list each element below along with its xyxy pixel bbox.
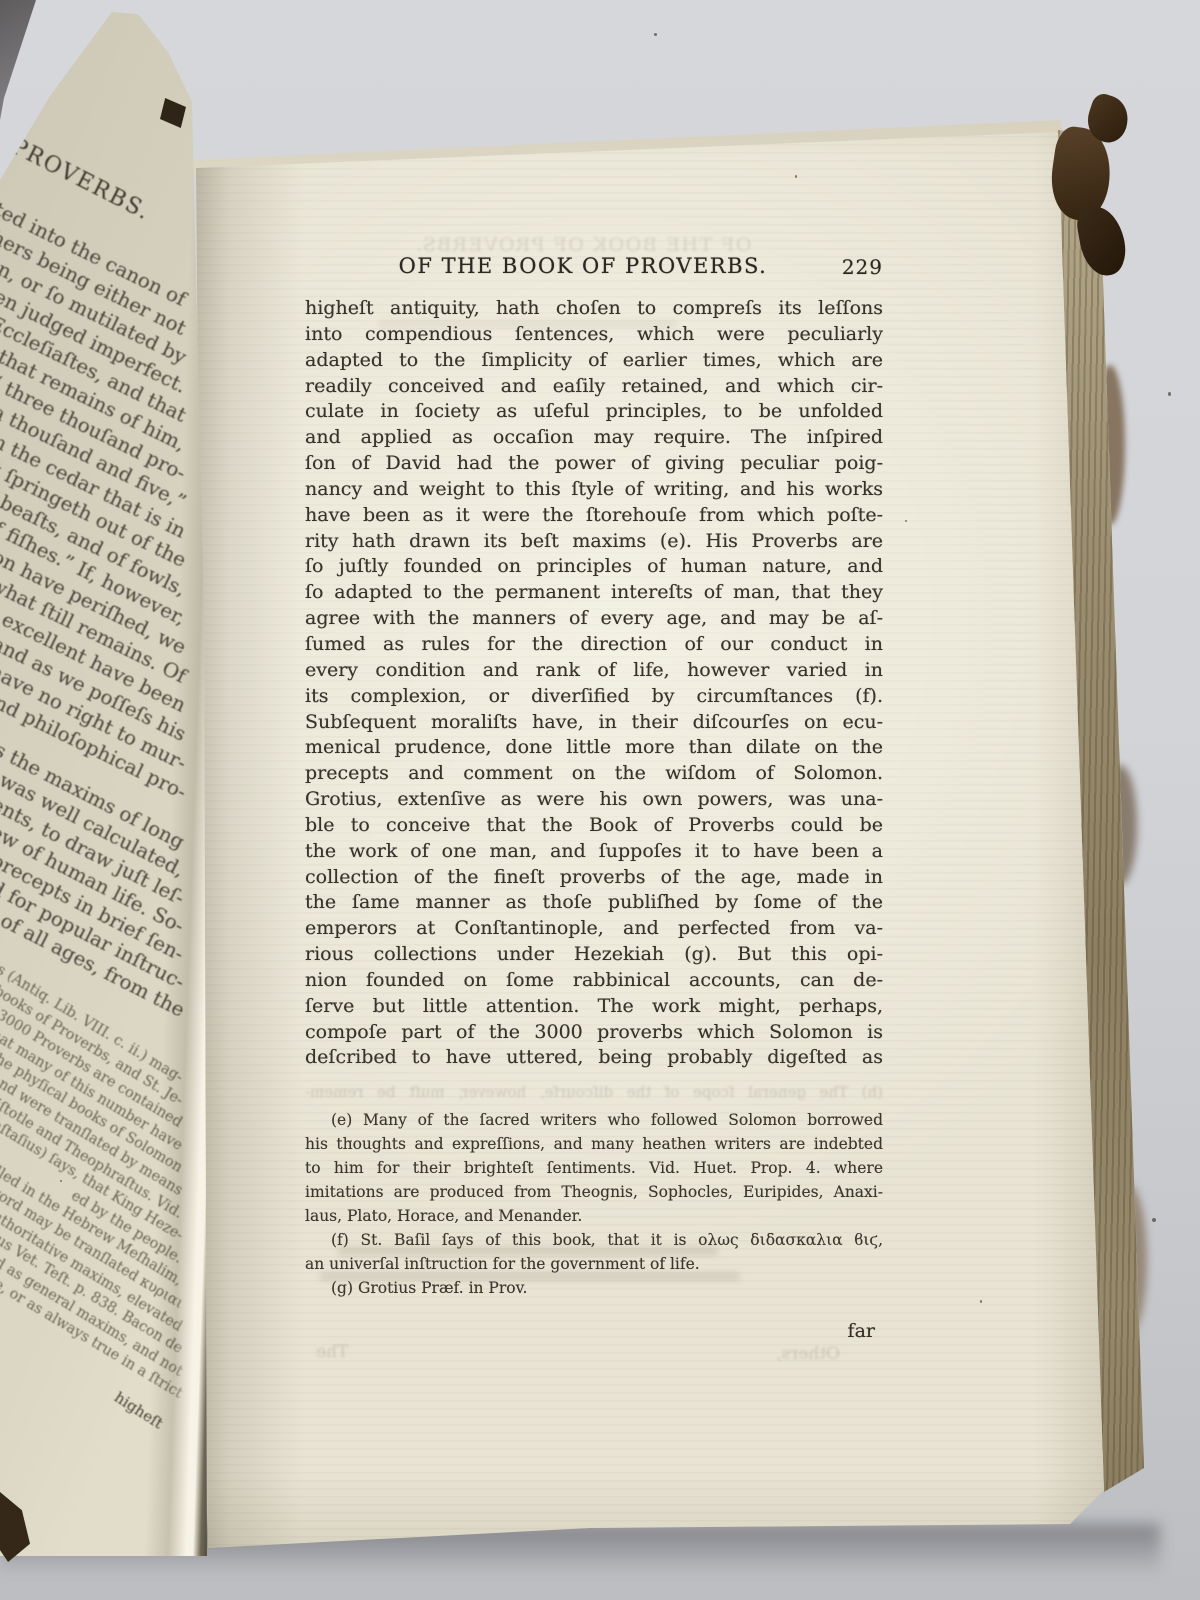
- left-body-line: are all that remains of him,: [0, 313, 190, 456]
- body-line: rity hath drawn its beſt maxims (e). His…: [305, 529, 883, 555]
- left-body-line: e admitted into the canon of: [0, 163, 190, 310]
- left-body-line: ical and philoſophical pro-: [0, 666, 190, 804]
- body-line: readily conceived and eaſily retained, a…: [305, 374, 883, 400]
- body-line: collection of the fineſt proverbs of the…: [305, 865, 883, 891]
- body-line: deſcribed to have uttered, being probabl…: [305, 1045, 883, 1071]
- left-body-line: truction, or ſo mutilated by: [0, 227, 190, 369]
- footnote-showthrough: (h) The general ſcope of the diſcourſe, …: [305, 1083, 883, 1101]
- body-line: and applied as occaſion may require. The…: [305, 425, 883, 451]
- footnote-line: his thoughts and expreſſions, and many h…: [305, 1132, 883, 1156]
- page-number: 229: [842, 255, 883, 279]
- left-footnote-line: phus (Antiq. Lib. VIII. c. ii.) mag-: [0, 947, 186, 1088]
- left-body-line: oken “ three thouſand pro-: [0, 345, 190, 485]
- left-body-line: ſſop that ſpringeth out of the: [0, 422, 190, 572]
- left-footnote-line: ooo books of Proverbs, and St. Je-: [0, 966, 186, 1110]
- left-footnote-line: theſe 3000 Proverbs are contained: [0, 985, 186, 1133]
- right-page: OF THE BOOK OF PROVERBS. OF THE BOOK OF …: [188, 88, 1118, 1562]
- book-photo: { "photo": { "backdrop_color": "#d2d4d8"…: [0, 0, 1200, 1600]
- left-body-line: e who was well calculated,: [0, 737, 188, 882]
- left-body-line: contains the maxims of long: [0, 703, 188, 854]
- showthrough-the: The: [316, 1342, 348, 1362]
- body-line: every condition and rank of life, howeve…: [305, 658, 883, 684]
- dust-speck: [905, 520, 907, 522]
- left-footnote-line: cable, or as always true in a ſtrict: [0, 1260, 186, 1404]
- left-page: K OF PROVERBS. e admitted into the canon…: [0, 0, 207, 1556]
- page-title: OF THE BOOK OF PROVERBS.: [305, 254, 861, 278]
- body-line: have been as it were the ſtorehouſe from…: [305, 503, 883, 529]
- left-body-line: view of human life. So-: [0, 811, 188, 938]
- left-body-line: ontrived for popular inſtruc-: [0, 842, 188, 993]
- left-body-line: the others being either not: [0, 199, 190, 340]
- body-line: nancy and weight to this ſtyle of writin…: [305, 477, 883, 503]
- left-body-line: nd of fiſhes.” If, however,: [0, 497, 190, 630]
- dust-speck: [1168, 392, 1171, 396]
- left-footnote-line: Anaſtaſius) ſays, that King Heze-: [0, 1106, 186, 1246]
- left-body-line: p his precepts in brief ſen-: [0, 822, 188, 965]
- left-footnote-line: he word may be tranſlated κυριαι: [0, 1170, 186, 1314]
- left-body-line: s, from the cedar that is in: [0, 403, 190, 543]
- dust-speck: [350, 1140, 352, 1142]
- dust-speck: [980, 1300, 982, 1303]
- body-line: ſumed as rules for the direction of our …: [305, 632, 883, 658]
- catchword: far: [305, 1320, 875, 1342]
- left-footnote-line: f Ariſtotle and Theophraſtus. Vid.: [0, 1081, 186, 1223]
- left-footnote-line: laius Vet. Teſt. p. 838. Bacon de: [0, 1223, 186, 1359]
- left-body-line: deed, of all ages, from the: [0, 880, 188, 1022]
- body-line: culate in ſociety as uſeful principles, …: [305, 399, 883, 425]
- body-line: menical prudence, done little more than …: [305, 735, 883, 761]
- body-line: Subſequent moraliſts have, in their diſc…: [305, 710, 883, 736]
- footnote-line: imitations are produced from Theognis, S…: [305, 1180, 883, 1204]
- left-footnote-line: admit that many of this number have: [0, 999, 186, 1156]
- left-body-line: at of Eccleſiaſtes, and that: [0, 288, 190, 427]
- body-line: higheſt antiquity, hath choſen to compre…: [305, 296, 883, 322]
- body-line: adapted to the ſimplicity of earlier tim…: [305, 348, 883, 374]
- dust-speck: [60, 1180, 62, 1182]
- body-line: ſon of David had the power of giving pec…: [305, 451, 883, 477]
- body-line: nion founded on ſome rabbinical accounts…: [305, 968, 883, 994]
- left-running-header: K OF PROVERBS.: [0, 100, 155, 226]
- footnote-line: to him for their brighteſt ſentiments. V…: [305, 1156, 883, 1180]
- ink-setoff-smear: [378, 320, 678, 328]
- showthrough-others: Others,: [776, 1344, 840, 1364]
- body-line: the ſame manner as thoſe publiſhed by ſo…: [305, 890, 883, 916]
- footnote-line: laus, Plato, Horace, and Menander.: [305, 1204, 883, 1228]
- left-body-line: dowments, to draw juſt leſ-: [0, 764, 188, 910]
- dust-speck: [654, 33, 657, 36]
- left-body-line: Solomon have periſhed, we: [0, 516, 190, 659]
- ink-setoff-smear: [320, 1272, 740, 1281]
- left-footnote-line: hat the phyſical books of Solomon: [0, 1033, 186, 1178]
- left-footnote-line: onſidered as general maxims, and not: [0, 1222, 186, 1381]
- left-footnote-line: der, and were tranſlated by means: [0, 1054, 186, 1201]
- left-body-line: for what ſtill remains. Of: [0, 556, 190, 688]
- body-line: compoſe part of the 3000 proverbs which …: [305, 1020, 883, 1046]
- body-line: the work of one man, and ſuppoſes it to …: [305, 839, 883, 865]
- left-footnote-line: ed by the people.: [68, 1187, 186, 1269]
- body-line: ſerve but little attention. The work mig…: [305, 994, 883, 1020]
- left-body-line: s were a thouſand and five,”: [0, 367, 190, 514]
- dust-speck: [795, 175, 797, 178]
- body-line: its complexion, or diverſified by circum…: [305, 684, 883, 710]
- running-header: OF THE BOOK OF PROVERBS. 229: [305, 254, 883, 284]
- body-text: higheſt antiquity, hath choſen to compre…: [305, 296, 883, 1071]
- left-footnote-line: are called in the Hebrew Meſhalim,: [0, 1140, 186, 1291]
- left-footnote-line: authoritative maxims, elevated: [0, 1203, 186, 1337]
- body-line: rious collections under Hezekiah (g). Bu…: [305, 942, 883, 968]
- left-body-line: ſo of beaſts, and of fowls,: [0, 467, 190, 601]
- dust-speck: [1152, 1218, 1156, 1222]
- body-line: Grotius, extenſive as were his own power…: [305, 787, 883, 813]
- left-body-line: ave been judged imperfect.: [0, 255, 190, 398]
- body-line: emperors at Conſtantinople, and perfecte…: [305, 916, 883, 942]
- footnote-line: (e) Many of the ſacred writers who follo…: [305, 1108, 883, 1132]
- left-catchword: higheſt: [110, 1388, 166, 1433]
- body-line: ſo adapted to the permanent intereſts of…: [305, 580, 883, 606]
- left-body-line: , we have no right to mur-: [0, 637, 190, 774]
- header-showthrough: OF THE BOOK OF PROVERBS.: [305, 234, 861, 256]
- body-line: ble to conceive that the Book of Proverb…: [305, 813, 883, 839]
- left-body-line: and as we poſſeſs his: [0, 631, 190, 746]
- ink-setoff-smear: [338, 1246, 718, 1256]
- left-body-line: e moſt excellent have been: [0, 576, 190, 717]
- body-line: precepts and comment on the wiſdom of So…: [305, 761, 883, 787]
- body-line: ſo juſtly founded on principles of human…: [305, 554, 883, 580]
- body-line: agree with the manners of every age, and…: [305, 606, 883, 632]
